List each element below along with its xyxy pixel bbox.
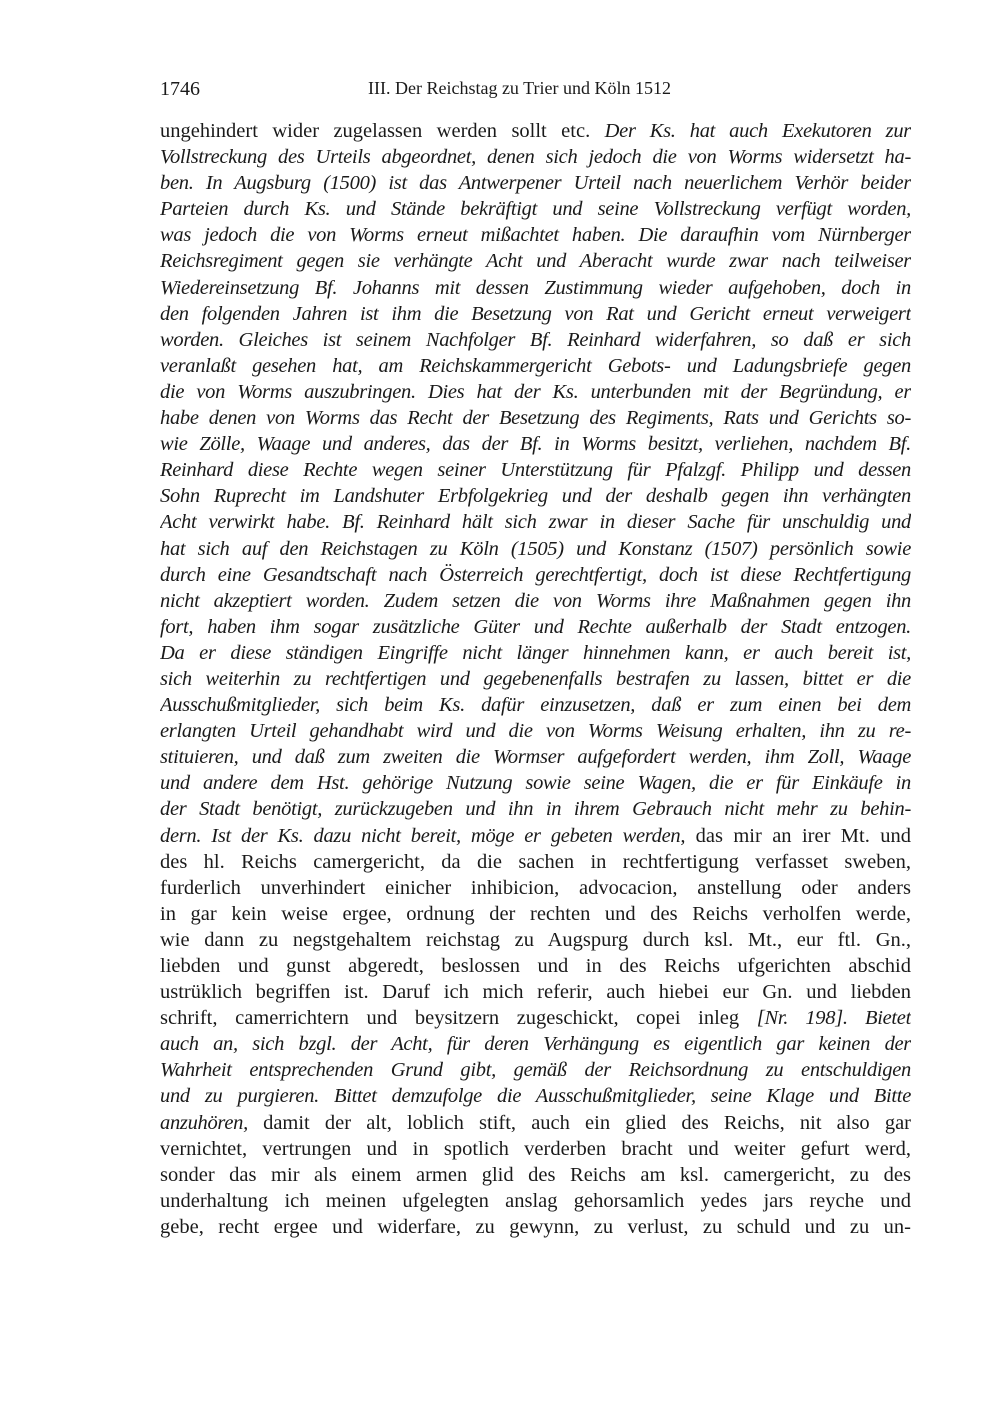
text-line: sich weiterhin zu rechtfertigen und gege… (160, 666, 911, 692)
roman-segment: in gar kein weise ergee, ordnung der rec… (160, 903, 911, 925)
text-line: schrift, camerrichtern und beysitzern zu… (160, 1005, 911, 1031)
italic-segment: Ausschußmitglieder, sich beim Ks. dafür … (160, 694, 911, 716)
text-line: erlangten Urteil gehandhabt wird und die… (160, 718, 911, 744)
italic-segment: sich weiterhin zu rechtfertigen und gege… (160, 668, 911, 690)
italic-segment: und andere dem Hst. gehörige Nutzung sow… (160, 772, 911, 794)
italic-segment: den folgenden Jahren ist ihm die Besetzu… (160, 303, 911, 325)
italic-segment: wie Zölle, Waage und anderes, das der Bf… (160, 433, 911, 455)
italic-segment: die von Worms auszubringen. Dies hat der… (160, 381, 911, 403)
text-line: Sohn Ruprecht im Landshuter Erbfolgekrie… (160, 483, 911, 509)
text-line: Wahrheit entsprechenden Grund gibt, gemä… (160, 1057, 911, 1083)
roman-segment: ungehindert wider zugelassen werden soll… (160, 120, 605, 142)
text-line: furderlich unverhindert einicher inhibic… (160, 875, 911, 901)
text-line: was jedoch die von Worms erneut mißachte… (160, 222, 911, 248)
running-title: III. Der Reichstag zu Trier und Köln 151… (368, 78, 671, 99)
italic-segment: worden. Gleiches ist seinem Nachfolger B… (160, 329, 911, 351)
italic-segment: Der Ks. hat auch Exekutoren zur (605, 120, 911, 142)
italic-segment: Reichsregiment gegen sie verhängte Acht … (160, 250, 911, 272)
roman-segment: liebden und gunst abgeredt, beslossen un… (160, 955, 911, 977)
italic-segment: was jedoch die von Worms erneut mißachte… (160, 224, 911, 246)
text-line: dern. Ist der Ks. dazu nicht bereit, mög… (160, 823, 911, 849)
text-line: ustrüklich begriffen ist. Daruf ich mich… (160, 979, 911, 1005)
page-header: 1746 III. Der Reichstag zu Trier und Köl… (160, 78, 910, 108)
italic-segment: Wiedereinsetzung Bf. Johanns mit dessen … (160, 277, 911, 299)
roman-segment: vernichtet, vertrungen und in spotlich v… (160, 1138, 911, 1160)
text-line: den folgenden Jahren ist ihm die Besetzu… (160, 301, 911, 327)
roman-segment: wie dann zu negstgehaltem reichstag zu A… (160, 929, 911, 951)
italic-segment: der Stadt benötigt, zurückzugeben und ih… (160, 798, 911, 820)
italic-segment: ben. In Augsburg (1500) ist das Antwerpe… (160, 172, 911, 194)
italic-segment: Da er diese ständigen Eingriffe nicht lä… (160, 642, 911, 664)
roman-segment: das mir an irer Mt. und (685, 825, 911, 847)
italic-segment: Parteien durch Ks. und Stände bekräftigt… (160, 198, 911, 220)
text-line: veranlaßt gesehen hat, am Reichskammerge… (160, 353, 911, 379)
roman-segment: underhaltung ich meinen ufgelegten ansla… (160, 1190, 911, 1212)
roman-segment: sonder das mir als einem armen glid des … (160, 1164, 911, 1186)
page-number: 1746 (160, 78, 200, 101)
text-line: Reichsregiment gegen sie verhängte Acht … (160, 248, 911, 274)
italic-segment: durch eine Gesandtschaft nach Österreich… (160, 564, 911, 586)
text-line: Wiedereinsetzung Bf. Johanns mit dessen … (160, 275, 911, 301)
text-line: stituieren, und daß zum zweiten die Worm… (160, 744, 911, 770)
text-line: ben. In Augsburg (1500) ist das Antwerpe… (160, 170, 911, 196)
italic-segment: anzuhören, (160, 1112, 248, 1134)
text-line: des hl. Reichs camergericht, da die sach… (160, 849, 911, 875)
italic-segment: stituieren, und daß zum zweiten die Worm… (160, 746, 911, 768)
text-line: vernichtet, vertrungen und in spotlich v… (160, 1136, 911, 1162)
italic-segment: hat sich auf den Reichstagen zu Köln (15… (160, 538, 911, 560)
text-line: habe denen von Worms das Recht der Beset… (160, 405, 911, 431)
italic-segment: habe denen von Worms das Recht der Beset… (160, 407, 911, 429)
italic-segment: Reinhard diese Rechte wegen seiner Unter… (160, 459, 911, 481)
body-text: ungehindert wider zugelassen werden soll… (160, 118, 911, 1240)
text-line: fort, haben ihm sogar zusätzliche Güter … (160, 614, 911, 640)
text-line: anzuhören, damit der alt, loblich stift,… (160, 1110, 911, 1136)
italic-segment: Vollstreckung des Urteils abgeordnet, de… (160, 146, 911, 168)
italic-segment: erlangten Urteil gehandhabt wird und die… (160, 720, 911, 742)
italic-segment: Acht verwirkt habe. Bf. Reinhard hält si… (160, 511, 911, 533)
italic-segment: dern. Ist der Ks. dazu nicht bereit, mög… (160, 825, 685, 847)
text-line: durch eine Gesandtschaft nach Österreich… (160, 562, 911, 588)
italic-segment: Wahrheit entsprechenden Grund gibt, gemä… (160, 1059, 911, 1081)
text-line: Reinhard diese Rechte wegen seiner Unter… (160, 457, 911, 483)
text-line: sonder das mir als einem armen glid des … (160, 1162, 911, 1188)
text-line: liebden und gunst abgeredt, beslossen un… (160, 953, 911, 979)
document-page: 1746 III. Der Reichstag zu Trier und Köl… (0, 0, 1004, 1418)
text-line: in gar kein weise ergee, ordnung der rec… (160, 901, 911, 927)
text-line: Parteien durch Ks. und Stände bekräftigt… (160, 196, 911, 222)
roman-segment: furderlich unverhindert einicher inhibic… (160, 877, 911, 899)
text-line: Ausschußmitglieder, sich beim Ks. dafür … (160, 692, 911, 718)
text-line: wie Zölle, Waage und anderes, das der Bf… (160, 431, 911, 457)
text-line: und zu purgieren. Bittet demzufolge die … (160, 1083, 911, 1109)
italic-segment: und zu purgieren. Bittet demzufolge die … (160, 1085, 911, 1107)
italic-segment: auch an, sich bzgl. der Acht, für deren … (160, 1033, 911, 1055)
italic-segment: veranlaßt gesehen hat, am Reichskammerge… (160, 355, 911, 377)
italic-segment: fort, haben ihm sogar zusätzliche Güter … (160, 616, 911, 638)
text-line: wie dann zu negstgehaltem reichstag zu A… (160, 927, 911, 953)
text-line: Vollstreckung des Urteils abgeordnet, de… (160, 144, 911, 170)
text-line: der Stadt benötigt, zurückzugeben und ih… (160, 796, 911, 822)
italic-segment: [Nr. 198]. Bietet (757, 1007, 911, 1029)
text-line: hat sich auf den Reichstagen zu Köln (15… (160, 536, 911, 562)
text-line: Acht verwirkt habe. Bf. Reinhard hält si… (160, 509, 911, 535)
text-line: underhaltung ich meinen ufgelegten ansla… (160, 1188, 911, 1214)
italic-segment: Sohn Ruprecht im Landshuter Erbfolgekrie… (160, 485, 911, 507)
roman-segment: schrift, camerrichtern und beysitzern zu… (160, 1007, 757, 1029)
text-line: auch an, sich bzgl. der Acht, für deren … (160, 1031, 911, 1057)
text-line: die von Worms auszubringen. Dies hat der… (160, 379, 911, 405)
roman-segment: gebe, recht ergee und widerfare, zu gewy… (160, 1216, 911, 1238)
text-line: und andere dem Hst. gehörige Nutzung sow… (160, 770, 911, 796)
roman-segment: ustrüklich begriffen ist. Daruf ich mich… (160, 981, 911, 1003)
text-line: ungehindert wider zugelassen werden soll… (160, 118, 911, 144)
text-line: worden. Gleiches ist seinem Nachfolger B… (160, 327, 911, 353)
roman-segment: damit der alt, loblich stift, auch ein g… (248, 1112, 911, 1134)
text-line: gebe, recht ergee und widerfare, zu gewy… (160, 1214, 911, 1240)
text-line: Da er diese ständigen Eingriffe nicht lä… (160, 640, 911, 666)
text-line: nicht akzeptiert worden. Zudem setzen di… (160, 588, 911, 614)
roman-segment: des hl. Reichs camergericht, da die sach… (160, 851, 911, 873)
italic-segment: nicht akzeptiert worden. Zudem setzen di… (160, 590, 911, 612)
